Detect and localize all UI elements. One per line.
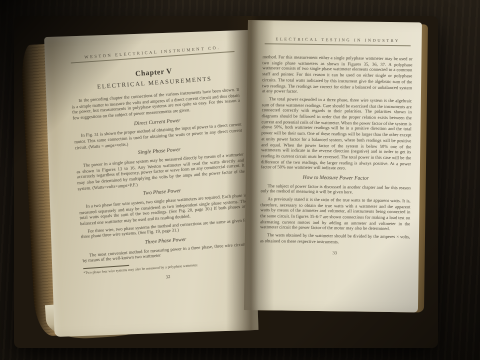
photo-of-open-book: WESTON ELECTRICAL INSTRUMENT CO. Chapter…	[0, 0, 480, 360]
paragraph: The watts obtained by the wattmeter shou…	[260, 232, 410, 245]
paragraph: method. For this measurement either a si…	[262, 54, 413, 96]
left-page: WESTON ELECTRICAL INSTRUMENT CO. Chapter…	[44, 30, 258, 337]
right-page: ELECTRICAL TESTING IN INDUSTRY method. F…	[244, 20, 422, 312]
paragraph: The total power expended in a three phas…	[261, 96, 412, 172]
right-head-rule	[265, 43, 411, 46]
paragraph: As previously stated it is the ratio of …	[260, 196, 410, 232]
right-page-content: ELECTRICAL TESTING IN INDUSTRY method. F…	[245, 20, 422, 256]
paragraph: The subject of power factor is discussed…	[261, 183, 411, 196]
right-page-number: 33	[260, 249, 410, 256]
section-heading-how-to-measure-power-factor: How to Measure Power Factor	[261, 174, 411, 182]
right-running-head: ELECTRICAL TESTING IN INDUSTRY	[263, 36, 413, 43]
left-page-content: WESTON ELECTRICAL INSTRUMENT CO. Chapter…	[44, 30, 258, 286]
